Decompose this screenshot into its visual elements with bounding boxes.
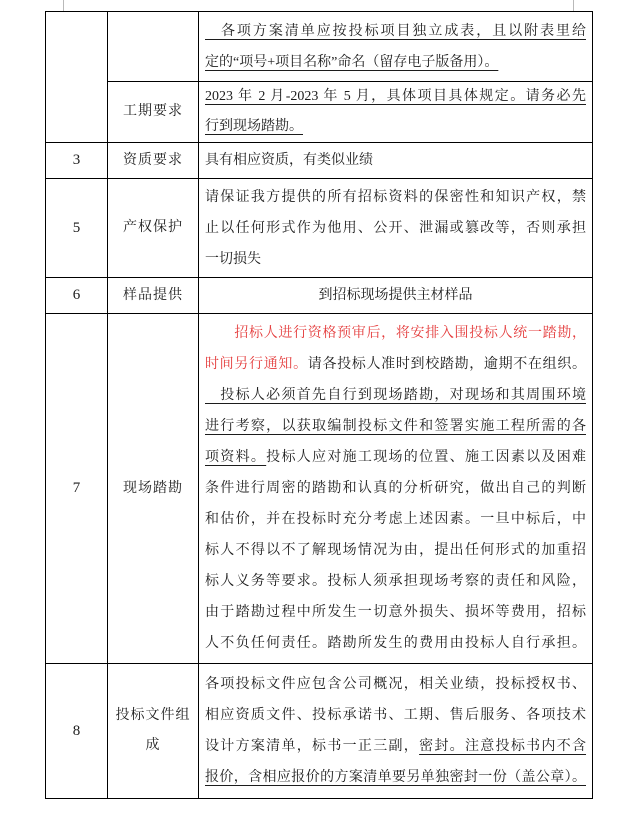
text-line: 止以任何形式作为他用、公开、泄漏或篡改等，否则承担 bbox=[205, 213, 586, 244]
text-segment: 设计方案清单，标书一正三副， bbox=[205, 739, 419, 754]
text-segment: 标人不得以不了解现场情况为由，提出任何形式的加重招 bbox=[205, 543, 586, 558]
text-segment: 一切损失 bbox=[205, 252, 261, 267]
text-segment: 各项投标文件应包含公司概况，相关业绩，投标授权书、 bbox=[205, 677, 586, 692]
text-line: 具有相应资质，有类似业绩 bbox=[205, 145, 586, 176]
text-line: 人不负任何责任。踏勘所发生的费用由投标人自行承担。 bbox=[205, 628, 586, 659]
row-category-cell: 投标文件组成 bbox=[108, 664, 199, 799]
text-segment: 招标人进行资格预审后，将安排入围投标人统一踏勘， bbox=[205, 326, 586, 341]
text-line: 请保证我方提供的所有招标资料的保密性和知识产权，禁 bbox=[205, 182, 586, 213]
text-segment: 请保证我方提供的所有招标资料的保密性和知识产权，禁 bbox=[205, 190, 586, 205]
row-category-cell: 样品提供 bbox=[108, 278, 199, 314]
text-segment: 进行考察，以获取编制投标文件和签署实施工程所需的各 bbox=[205, 419, 586, 434]
table-row: 3 资质要求 具有相应资质，有类似业绩 bbox=[46, 143, 593, 179]
page-margin-mark-left bbox=[63, 0, 64, 11]
text-line: 标人义务等要求。投标人须承担现场考察的责任和风险， bbox=[205, 566, 586, 597]
row-content-cell: 各项方案清单应按投标项目独立成表，且以附表里给定的“项号+项目名称”命名（留存电… bbox=[199, 12, 593, 82]
row-number-cell bbox=[46, 12, 108, 143]
text-line: 条件进行周密的踏勘和认真的分析研究，做出自己的判断 bbox=[205, 473, 586, 504]
row-content-cell: 招标人进行资格预审后，将安排入围投标人统一踏勘，时间另行通知。请各投标人准时到校… bbox=[199, 314, 593, 664]
row-number-cell: 8 bbox=[46, 664, 108, 799]
text-line: 定的“项号+项目名称”命名（留存电子版备用）。 bbox=[205, 47, 586, 78]
row-content-cell: 请保证我方提供的所有招标资料的保密性和知识产权，禁止以任何形式作为他用、公开、泄… bbox=[199, 179, 593, 278]
text-line: 招标人进行资格预审后，将安排入围投标人统一踏勘， bbox=[205, 318, 586, 349]
text-segment: 定的“项号+项目名称”命名（留存电子版备用）。 bbox=[205, 55, 498, 70]
text-segment: 请各投标人准时到校踏勘，逾期不在组织。 bbox=[308, 357, 586, 372]
row-content-cell: 2023 年 2 月-2023 年 5 月，具体项目具体规定。请务必先行到现场踏… bbox=[199, 82, 593, 143]
text-segment: 密封。注意投标书内不含 bbox=[419, 739, 586, 754]
text-segment: 各项方案清单应按投标项目独立成表，且以附表里给 bbox=[205, 24, 586, 39]
document-page: 各项方案清单应按投标项目独立成表，且以附表里给定的“项号+项目名称”命名（留存电… bbox=[0, 0, 633, 814]
row-category-cell: 资质要求 bbox=[108, 143, 199, 179]
text-line: 设计方案清单，标书一正三副，密封。注意投标书内不含 bbox=[205, 731, 586, 762]
table-row: 8 投标文件组成 各项投标文件应包含公司概况，相关业绩，投标授权书、相应资质文件… bbox=[46, 664, 593, 799]
text-segment: 到招标现场提供主材样品 bbox=[319, 288, 473, 303]
row-category-cell: 产权保护 bbox=[108, 179, 199, 278]
text-segment: 人不负任何责任。踏勘所发生的费用由投标人自行承担。 bbox=[205, 636, 586, 651]
row-number-cell: 7 bbox=[46, 314, 108, 664]
row-number-cell: 5 bbox=[46, 179, 108, 278]
text-line: 报价，含相应报价的方案清单要另单独密封一份（盖公章）。 bbox=[205, 762, 586, 793]
text-line: 进行考察，以获取编制投标文件和签署实施工程所需的各 bbox=[205, 411, 586, 442]
text-segment: 投标人必须首先自行到现场踏勘，对现场和其周围环境 bbox=[205, 388, 586, 403]
page-margin-mark-right bbox=[573, 0, 574, 11]
text-line: 一切损失 bbox=[205, 244, 586, 275]
row-content-cell: 具有相应资质，有类似业绩 bbox=[199, 143, 593, 179]
table-row: 工期要求 2023 年 2 月-2023 年 5 月，具体项目具体规定。请务必先… bbox=[46, 82, 593, 143]
text-segment: 行到现场踏勘。 bbox=[205, 119, 303, 134]
text-segment: 投标人应对施工现场的位置、施工因素以及困难 bbox=[266, 450, 586, 465]
text-line: 标人不得以不了解现场情况为由，提出任何形式的加重招 bbox=[205, 535, 586, 566]
text-segment: 和估价，并在投标时充分考虑上述因素。一旦中标后，中 bbox=[205, 512, 586, 527]
row-content-cell: 到招标现场提供主材样品 bbox=[199, 278, 593, 314]
row-content-cell: 各项投标文件应包含公司概况，相关业绩，投标授权书、相应资质文件、投标承诺书、工期… bbox=[199, 664, 593, 799]
row-category-cell: 现场踏勘 bbox=[108, 314, 199, 664]
text-segment: 2023 年 2 月-2023 年 5 月，具体项目具体规定。请务必先 bbox=[205, 89, 586, 104]
text-line: 时间另行通知。请各投标人准时到校踏勘，逾期不在组织。 bbox=[205, 349, 586, 380]
table-row: 5 产权保护 请保证我方提供的所有招标资料的保密性和知识产权，禁止以任何形式作为… bbox=[46, 179, 593, 278]
text-segment: 标人义务等要求。投标人须承担现场考察的责任和风险， bbox=[205, 574, 586, 589]
row-category-cell bbox=[108, 12, 199, 82]
table-row: 7 现场踏勘 招标人进行资格预审后，将安排入围投标人统一踏勘，时间另行通知。请各… bbox=[46, 314, 593, 664]
text-line: 项资料。投标人应对施工现场的位置、施工因素以及困难 bbox=[205, 442, 586, 473]
text-line: 行到现场踏勘。 bbox=[205, 112, 586, 142]
table-row: 各项方案清单应按投标项目独立成表，且以附表里给定的“项号+项目名称”命名（留存电… bbox=[46, 12, 593, 82]
text-segment: 条件进行周密的踏勘和认真的分析研究，做出自己的判断 bbox=[205, 481, 586, 496]
text-line: 和估价，并在投标时充分考虑上述因素。一旦中标后，中 bbox=[205, 504, 586, 535]
text-segment: 报价，含相应报价的方案清单要另单独密封一份（盖公章）。 bbox=[205, 770, 586, 785]
text-segment: 相应资质文件、投标承诺书、工期、售后服务、各项技术 bbox=[205, 708, 586, 723]
text-segment: 由于踏勘过程中所发生一切意外损失、损坏等费用，招标 bbox=[205, 605, 586, 620]
text-segment: 止以任何形式作为他用、公开、泄漏或篡改等，否则承担 bbox=[205, 221, 586, 236]
text-line: 投标人必须首先自行到现场踏勘，对现场和其周围环境 bbox=[205, 380, 586, 411]
text-line: 2023 年 2 月-2023 年 5 月，具体项目具体规定。请务必先 bbox=[205, 82, 586, 112]
text-segment: 时间另行通知。 bbox=[205, 357, 308, 372]
text-line: 相应资质文件、投标承诺书、工期、售后服务、各项技术 bbox=[205, 700, 586, 731]
text-line: 各项方案清单应按投标项目独立成表，且以附表里给 bbox=[205, 16, 586, 47]
text-line: 各项投标文件应包含公司概况，相关业绩，投标授权书、 bbox=[205, 669, 586, 700]
table-row: 6 样品提供 到招标现场提供主材样品 bbox=[46, 278, 593, 314]
row-number-cell: 3 bbox=[46, 143, 108, 179]
text-segment: 具有相应资质，有类似业绩 bbox=[205, 153, 373, 168]
text-line: 到招标现场提供主材样品 bbox=[205, 280, 586, 311]
text-segment: 项资料。 bbox=[205, 450, 266, 465]
row-number-cell: 6 bbox=[46, 278, 108, 314]
tender-requirements-table: 各项方案清单应按投标项目独立成表，且以附表里给定的“项号+项目名称”命名（留存电… bbox=[45, 11, 593, 799]
row-category-cell: 工期要求 bbox=[108, 82, 199, 143]
text-line: 由于踏勘过程中所发生一切意外损失、损坏等费用，招标 bbox=[205, 597, 586, 628]
